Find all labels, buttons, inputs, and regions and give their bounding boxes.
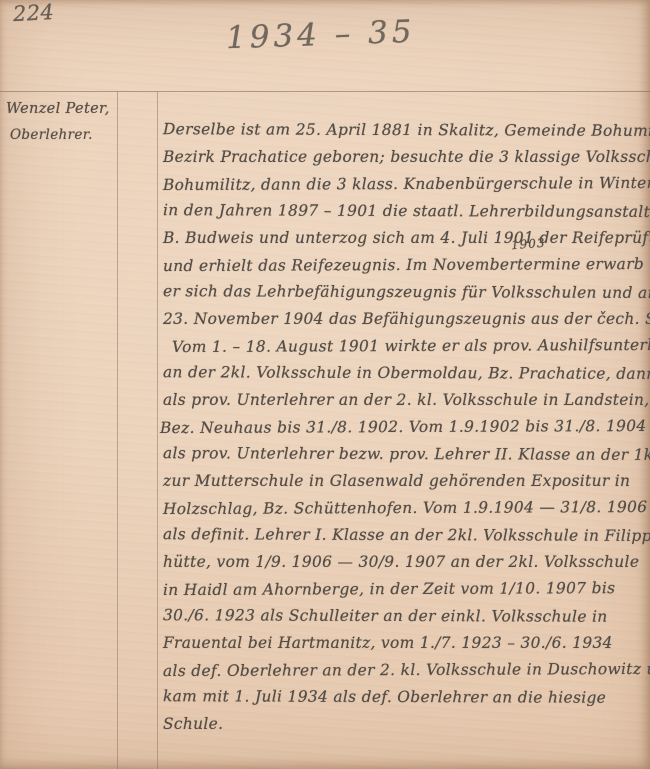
handwritten-line: 30./6. 1923 als Schulleiter an der einkl…	[163, 602, 645, 631]
teacher-name: Wenzel Peter,	[6, 96, 112, 122]
handwritten-line: 23. November 1904 das Befähigungszeugnis…	[163, 306, 645, 333]
handwritten-line: Derselbe ist am 25. April 1881 in Skalit…	[163, 116, 645, 145]
handwritten-line: als prov. Unterlehrer bezw. prov. Lehrer…	[163, 440, 645, 469]
page-number: 224	[12, 0, 54, 26]
handwritten-line: Holzschlag, Bz. Schüttenhofen. Vom 1.9.1…	[163, 494, 645, 523]
handwritten-line: als prov. Unterlehrer an der 2. kl. Volk…	[163, 387, 645, 414]
handwritten-line: er sich das Lehrbefähigungszeugnis für V…	[163, 278, 645, 307]
handwritten-line: Bohumilitz, dann die 3 klass. Knabenbürg…	[163, 170, 645, 199]
margin-rule-left	[117, 91, 118, 769]
handwritten-line: in Haidl am Ahornberge, in der Zeit vom …	[163, 575, 645, 604]
handwritten-line: Vom 1. – 18. August 1901 wirkte er als p…	[163, 332, 645, 361]
margin-entry: Wenzel Peter, Oberlehrer.	[6, 96, 112, 148]
teacher-title: Oberlehrer.	[6, 122, 112, 148]
handwritten-line: kam mit 1. Juli 1934 als def. Oberlehrer…	[163, 683, 645, 712]
handwritten-line: Bezirk Prachatice geboren; besuchte die …	[163, 144, 645, 171]
handwritten-line: Schule.	[163, 711, 645, 738]
handwritten-line: hütte, vom 1/9. 1906 — 30/9. 1907 an der…	[163, 549, 645, 576]
handwritten-line: Bez. Neuhaus bis 31./8. 1902. Vom 1.9.19…	[160, 413, 645, 442]
handwritten-line: zur Mutterschule in Glasenwald gehörende…	[163, 468, 645, 495]
handwritten-line: als def. Oberlehrer an der 2. kl. Volkss…	[163, 656, 645, 685]
year-header: 1934 – 35	[225, 14, 416, 57]
margin-rule-right	[157, 91, 158, 769]
handwritten-line: B. Budweis und unterzog sich am 4. Juli …	[163, 225, 645, 252]
top-rule	[0, 91, 650, 92]
handwritten-line: als definit. Lehrer I. Klasse an der 2kl…	[163, 521, 645, 550]
document-page: 224 1934 – 35 Wenzel Peter, Oberlehrer. …	[0, 0, 650, 769]
handwritten-line: in den Jahren 1897 – 1901 die staatl. Le…	[163, 197, 645, 226]
handwritten-line: an der 2kl. Volksschule in Obermoldau, B…	[163, 359, 645, 388]
superscript-insertion-1903: 1903	[511, 237, 546, 251]
handwritten-line: und erhielt das Reifezeugnis. Im Novembe…	[163, 251, 645, 280]
biography-text: Derselbe ist am 25. April 1881 in Skalit…	[163, 117, 645, 738]
handwritten-line: Frauental bei Hartmanitz, vom 1./7. 1923…	[163, 630, 645, 657]
